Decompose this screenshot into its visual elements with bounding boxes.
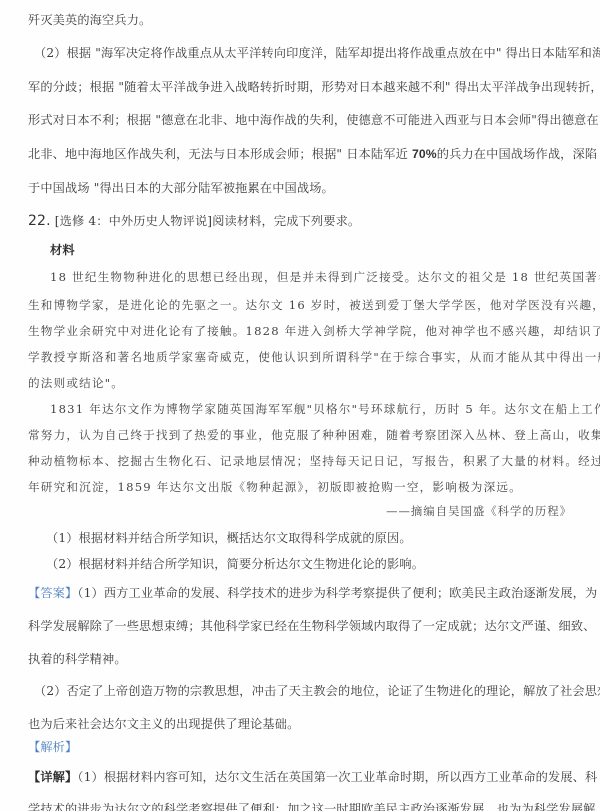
question-number: 22. [28,213,51,229]
detail-line-2: 学技术的进步为达尔文的科学考察提供了便利；加之这一时期欧美民主政治逐渐发展，也为… [28,801,596,811]
detail-line-1: 【详解】（1）根据材料内容可知，达尔文生活在英国第一次工业革命时期，所以西方工业… [28,769,597,785]
material-p1-line-4: 学教授亨斯洛和著名地质学家塞奇威克，使他认识到所谓科学"在于综合事实，从而才能从… [28,349,600,365]
percentage-value: 70% [412,147,437,161]
material-p1-line-1: 18 世纪生物物种进化的思想已经出现，但是并未得到广泛接受。达尔文的祖父是 18… [50,269,600,285]
part2-line-3: 形式对日本不利；根据 "德意在北非、地中海作战的失利，使德意不可能进入西亚与日本… [28,112,599,128]
analysis-label: 【解析】 [28,739,77,755]
detail-text-1: （1）根据材料内容可知，达尔文生活在英国第一次工业革命时期，所以西方工业革命的发… [77,770,597,784]
material-title: 材料 [50,242,75,258]
answer-part1-line-2: 科学发展解除了一些思想束缚；其他科学家已经在生物科学领域内取得了一定成就；达尔文… [28,618,596,634]
question-header-text: [选修 4：中外历史人物评说]阅读材料，完成下列要求。 [55,214,361,228]
material-p2-line-1: 1831 年达尔文作为博物学家随英国海军军舰"贝格尔"号环球航行，历时 5 年。… [50,401,600,417]
answer-part1-line-3: 执着的科学精神。 [28,651,127,667]
material-p2-line-4: 年研究和沉淀，1859 年达尔文出版《物种起源》，初版即被抢购一空，影响极为深远… [28,479,522,495]
material-source: ——摘编自吴国盛《科学的历程》 [386,503,572,519]
material-p1-line-5: 的法则或结论"。 [28,375,124,391]
answer-part2-line-1: （2）否定了上帝创造万物的宗教思想，冲击了天主教会的地位，论证了生物进化的理论，… [34,683,600,699]
part2-line-1: （2）根据 "海军决定将作战重点从太平洋转向印度洋，陆军却提出将作战重点放在中"… [34,45,600,61]
part2-line-4-end: 的兵力在中国战场作战，深陷 [437,147,597,161]
sub-question-1: （1）根据材料并结合所学知识，概括达尔文取得科学成就的原因。 [46,530,412,546]
part2-line-5: 于中国战场 "得出日本的大部分陆军被拖累在中国战场。 [28,180,334,196]
material-p1-line-3: 生物学业余研究中对进化论有了接触。1828 年进入剑桥大学神学院，他对神学也不感… [28,323,600,339]
answer-part2-line-2: 也为后来社会达尔文主义的出现提供了理论基础。 [28,716,299,732]
part2-line-2: 军的分歧；根据 "随着太平洋战争进入战略转折时期，形势对日本越来越不利" 得出太… [28,79,600,95]
document-page: 歼灭美英的海空兵力。 （2）根据 "海军决定将作战重点从太平洋转向印度洋，陆军却… [0,0,600,811]
answer-tail-line: 歼灭美英的海空兵力。 [28,12,151,28]
question-22-header: 22. [选修 4：中外历史人物评说]阅读材料，完成下列要求。 [28,213,360,229]
sub-question-2: （2）根据材料并结合所学知识，简要分析达尔文生物进化论的影响。 [46,556,424,572]
material-p2-line-2: 常努力，认为自己终于找到了热爱的事业，他克服了种种困难，随着考察团深入丛林、登上… [28,427,600,443]
part2-line-4: 北非、地中海地区作战失利，无法与日本形成会师；根据" 日本陆军近 70%的兵力在… [28,146,597,162]
answer-part1-line-1: （1）西方工业革命的发展、科学技术的进步为科学考察提供了便利；欧美民主政治逐渐发… [77,586,597,600]
part2-line-4-start: 北非、地中海地区作战失利，无法与日本形成会师；根据" 日本陆军近 [28,147,412,161]
material-p2-line-3: 种动植物标本、挖掘古生物化石、记录地层情况；坚持每天记日记，写报告，积累了大量的… [28,453,600,469]
detail-label: 【详解】 [28,770,77,784]
answer-label: 【答案】 [28,586,77,600]
answer-line-1: 【答案】（1）西方工业革命的发展、科学技术的进步为科学考察提供了便利；欧美民主政… [28,585,597,601]
material-p1-line-2: 生和博物学家，是进化论的先驱之一。达尔文 16 岁时，被送到爱丁堡大学学医，他对… [28,297,600,313]
